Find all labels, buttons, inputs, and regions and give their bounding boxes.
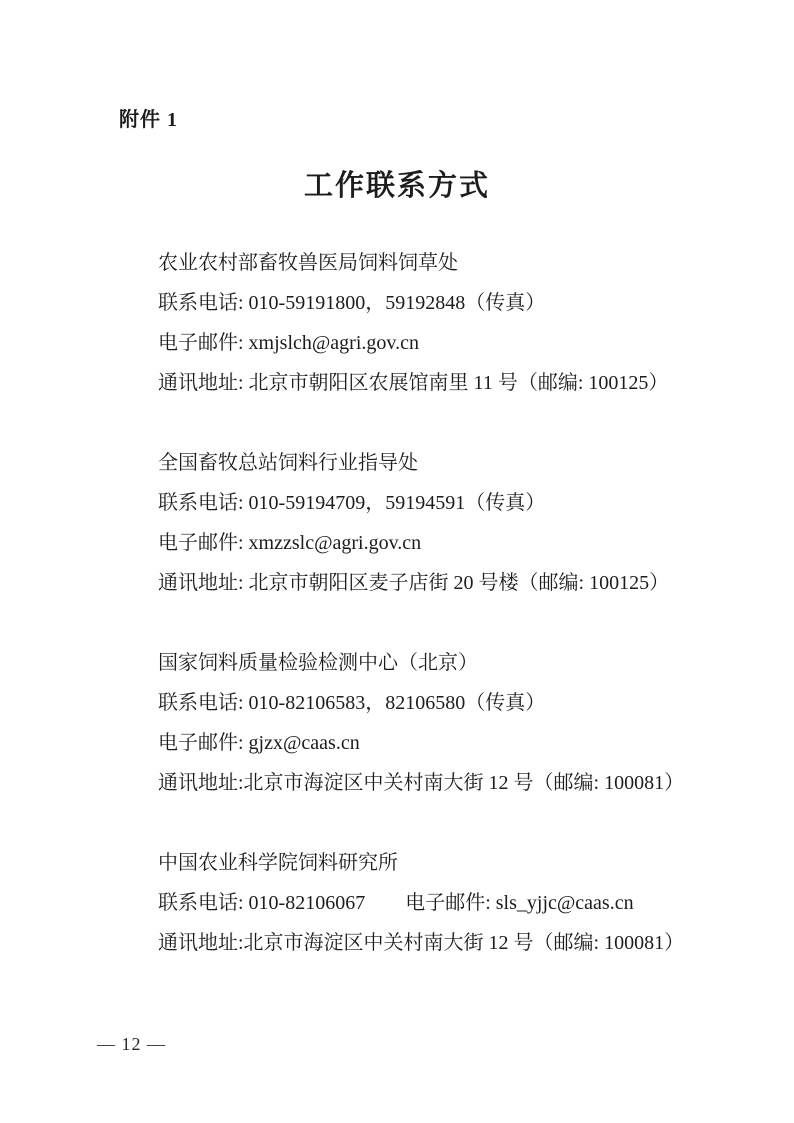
org-name: 中国农业科学院饲料研究所 [158,843,698,883]
phone-email-line: 联系电话: 010-82106067 电子邮件: sls_yjjc@caas.c… [158,883,698,923]
email-line: 电子邮件: gjzx@caas.cn [158,723,698,763]
contact-block-livestock-station: 全国畜牧总站饲料行业指导处 联系电话: 010-59194709，5919459… [158,443,698,603]
email-line: 电子邮件: xmzzslc@agri.gov.cn [158,523,698,563]
address-line: 通讯地址:北京市海淀区中关村南大街 12 号（邮编: 100081） [158,923,698,963]
contact-block-quality-center: 国家饲料质量检验检测中心（北京） 联系电话: 010-82106583，8210… [158,643,698,803]
contact-block-feed-division: 农业农村部畜牧兽医局饲料饲草处 联系电话: 010-59191800，59192… [158,243,698,403]
address-line: 通讯地址: 北京市朝阳区麦子店街 20 号楼（邮编: 100125） [158,563,698,603]
contacts-section: 农业农村部畜牧兽医局饲料饲草处 联系电话: 010-59191800，59192… [158,243,698,963]
contact-block-feed-research-institute: 中国农业科学院饲料研究所 联系电话: 010-82106067 电子邮件: sl… [158,843,698,963]
org-name: 全国畜牧总站饲料行业指导处 [158,443,698,483]
page-number: — 12 — [97,1034,166,1055]
document-page: 附件 1 工作联系方式 农业农村部畜牧兽医局饲料饲草处 联系电话: 010-59… [0,0,794,1123]
phone-line: 联系电话: 010-59191800，59192848（传真） [158,283,698,323]
document-title: 工作联系方式 [0,163,794,204]
org-name: 国家饲料质量检验检测中心（北京） [158,643,698,683]
address-line: 通讯地址: 北京市朝阳区农展馆南里 11 号（邮编: 100125） [158,363,698,403]
address-line: 通讯地址:北京市海淀区中关村南大街 12 号（邮编: 100081） [158,763,698,803]
phone-line: 联系电话: 010-59194709，59194591（传真） [158,483,698,523]
email-line: 电子邮件: xmjslch@agri.gov.cn [158,323,698,363]
phone-line: 联系电话: 010-82106583，82106580（传真） [158,683,698,723]
attachment-label: 附件 1 [119,103,178,132]
org-name: 农业农村部畜牧兽医局饲料饲草处 [158,243,698,283]
